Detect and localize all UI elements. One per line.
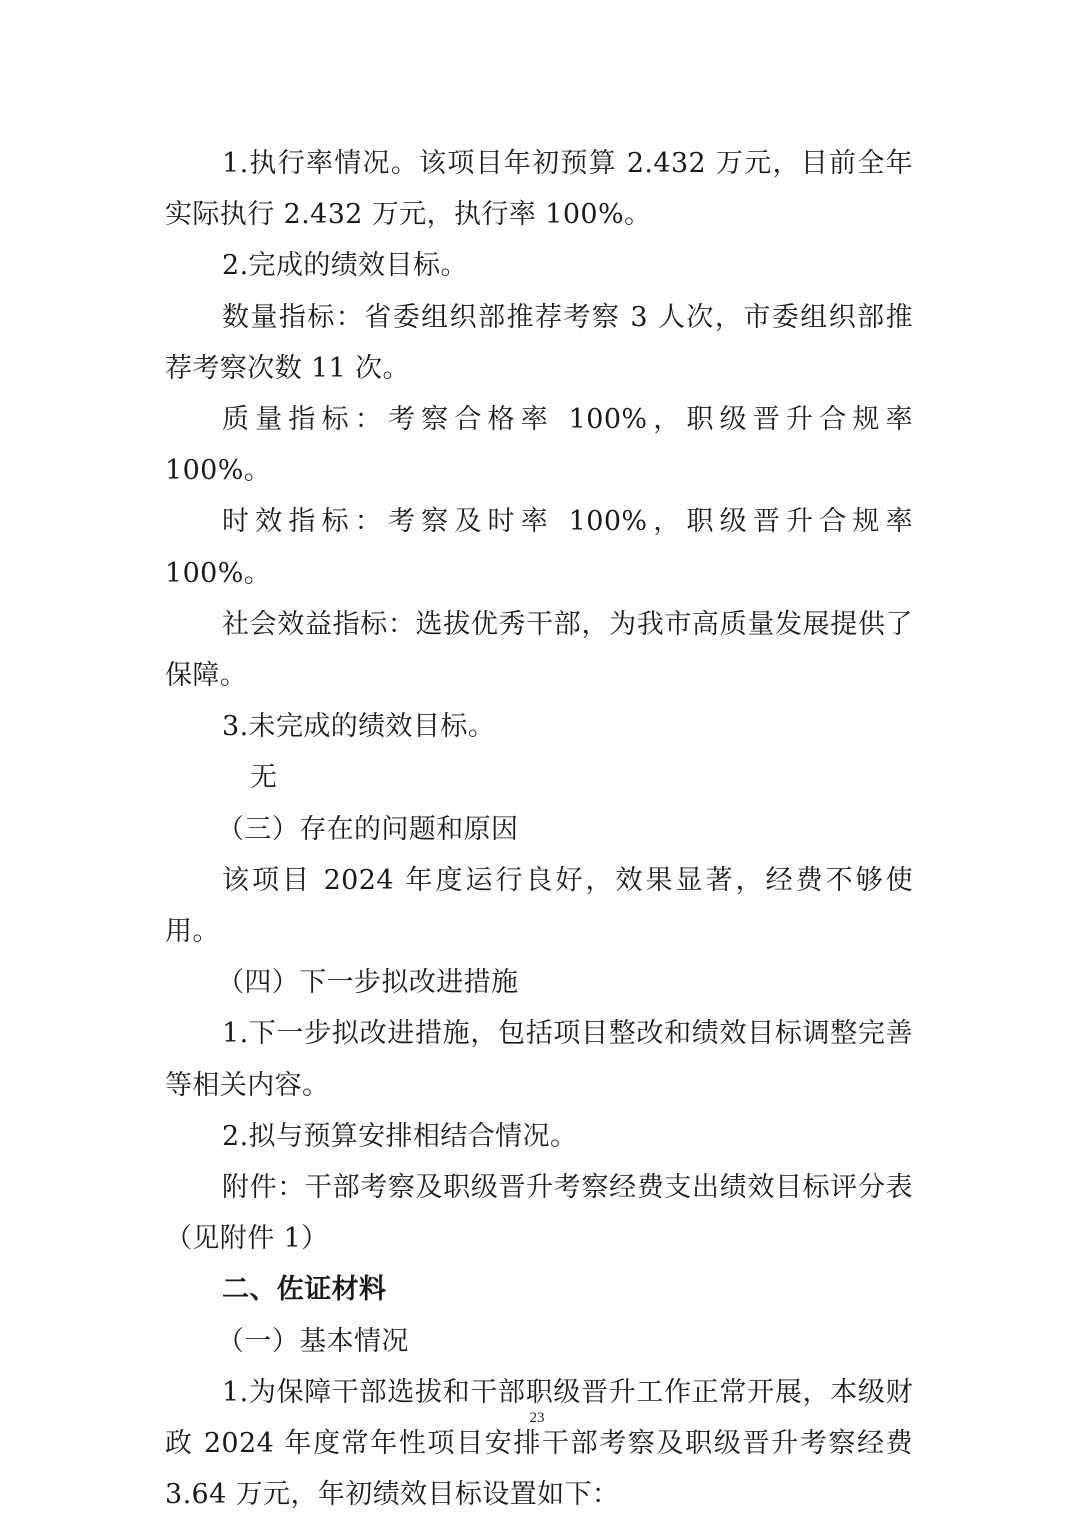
section-heading-improvements: （四）下一步拟改进措施 xyxy=(165,957,913,1008)
paragraph-social-benefit-indicator: 社会效益指标：选拔优秀干部，为我市高质量发展提供了保障。 xyxy=(165,599,913,701)
paragraph-basic-info-body: 1.为保障干部选拔和干部职级晋升工作正常开展，本级财政 2024 年度常年性项目… xyxy=(165,1367,913,1520)
paragraph-timeliness-indicator: 时效指标：考察及时率 100%，职级晋升合规率 100%。 xyxy=(165,496,913,598)
paragraph-attachment: 附件：干部考察及职级晋升考察经费支出绩效目标评分表（见附件 1） xyxy=(165,1162,913,1264)
paragraph-quantity-indicator: 数量指标：省委组织部推荐考察 3 人次，市委组织部推荐考察次数 11 次。 xyxy=(165,292,913,394)
section-heading-problems: （三）存在的问题和原因 xyxy=(165,804,913,855)
paragraph-quality-indicator: 质量指标：考察合格率 100%，职级晋升合规率 100%。 xyxy=(165,394,913,496)
paragraph-uncompleted-goals-heading: 3.未完成的绩效目标。 xyxy=(165,701,913,752)
paragraph-budget-combination: 2.拟与预算安排相结合情况。 xyxy=(165,1111,913,1162)
section-heading-basic-info: （一）基本情况 xyxy=(165,1316,913,1367)
paragraph-completed-goals-heading: 2.完成的绩效目标。 xyxy=(165,240,913,291)
paragraph-problems-body: 该项目 2024 年度运行良好，效果显著，经费不够使用。 xyxy=(165,855,913,957)
page-number: 23 xyxy=(0,1410,1074,1427)
document-body: 1.执行率情况。该项目年初预算 2.432 万元，目前全年实际执行 2.432 … xyxy=(165,138,913,1520)
paragraph-none: 无 xyxy=(165,752,913,803)
paragraph-execution-rate: 1.执行率情况。该项目年初预算 2.432 万元，目前全年实际执行 2.432 … xyxy=(165,138,913,240)
paragraph-improvement-measures: 1.下一步拟改进措施，包括项目整改和绩效目标调整完善等相关内容。 xyxy=(165,1008,913,1110)
section-heading-supporting-materials: 二、佐证材料 xyxy=(165,1264,913,1315)
